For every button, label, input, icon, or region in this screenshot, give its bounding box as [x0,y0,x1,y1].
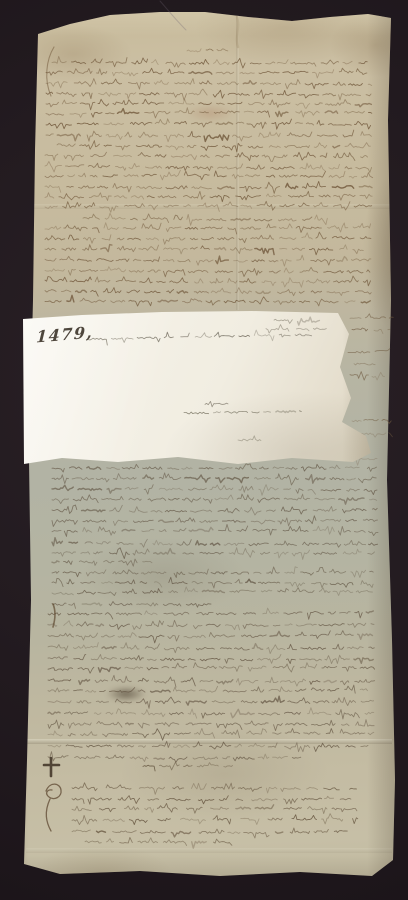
stain-streak-top [237,17,238,47]
pen-flourish-top-left [47,47,54,96]
photo-background: 1479, [0,0,408,900]
initial-stroke [53,604,55,627]
